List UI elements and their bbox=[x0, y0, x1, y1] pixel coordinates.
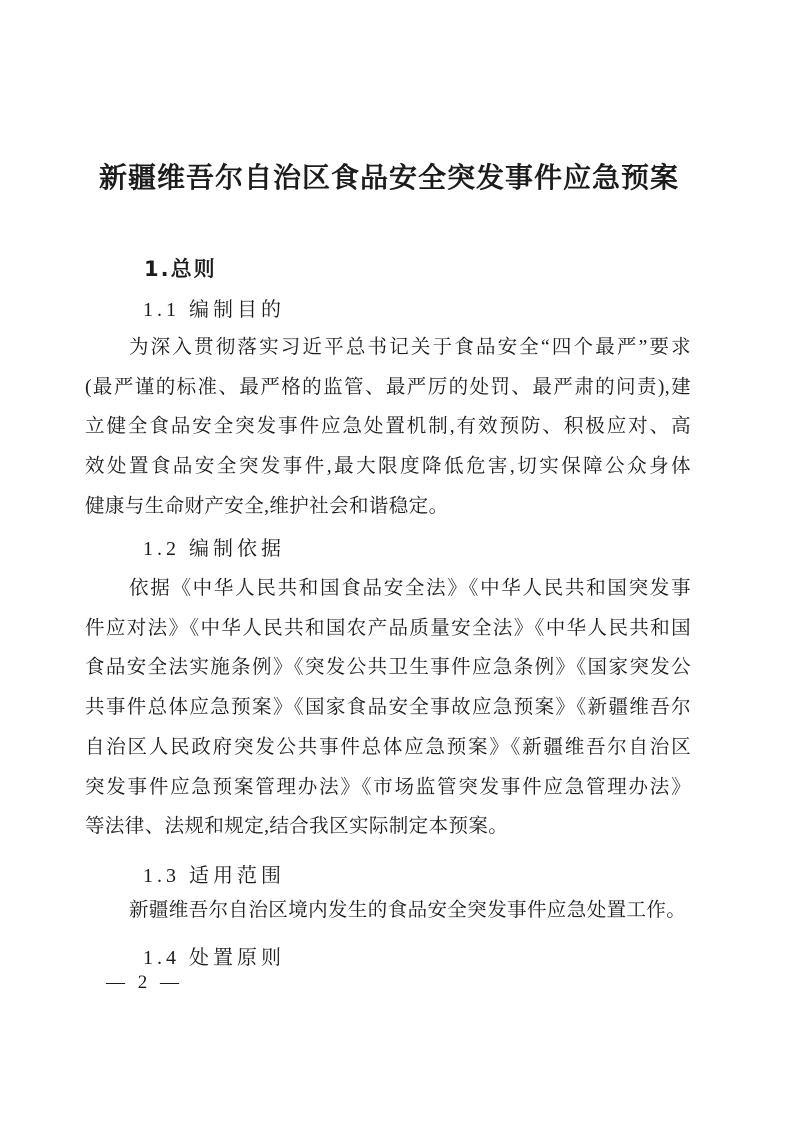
paragraph-line: 依据《中华人民共和国食品安全法》《中华人民共和国突发事 bbox=[85, 569, 691, 609]
document-title: 新疆维吾尔自治区食品安全突发事件应急预案 bbox=[85, 158, 693, 200]
section-heading-general: 1.总则 bbox=[85, 256, 693, 283]
subsection-heading-basis: 1.2 编制依据 bbox=[85, 536, 693, 563]
paragraph-line: 效处置食品安全突发事件,最大限度降低危害,切实保障公众身体 bbox=[85, 447, 691, 487]
paragraph-line: 件应对法》《中华人民共和国农产品质量安全法》《中华人民共和国 bbox=[85, 609, 691, 649]
subsection-heading-purpose: 1.1 编制目的 bbox=[85, 297, 693, 324]
subsection-heading-principles: 1.4 处置原则 bbox=[85, 945, 693, 972]
paragraph-scope: 新疆维吾尔自治区境内发生的食品安全突发事件应急处置工作。 bbox=[85, 891, 691, 931]
paragraph-line: 新疆维吾尔自治区境内发生的食品安全突发事件应急处置工作。 bbox=[85, 891, 691, 931]
paragraph-line: 自治区人民政府突发公共事件总体应急预案》《新疆维吾尔自治区 bbox=[85, 728, 691, 768]
paragraph-line: 等法律、法规和规定,结合我区实际制定本预案。 bbox=[85, 807, 691, 847]
paragraph-line: 健康与生命财产安全,维护社会和谐稳定。 bbox=[85, 487, 691, 527]
paragraph-line: 立健全食品安全突发事件应急处置机制,有效预防、积极应对、高 bbox=[85, 407, 691, 447]
paragraph-line: 共事件总体应急预案》《国家食品安全事故应急预案》《新疆维吾尔 bbox=[85, 688, 691, 728]
paragraph-line: 为深入贯彻落实习近平总书记关于食品安全“四个最严”要求 bbox=[85, 328, 691, 368]
page-number: — 2 — bbox=[106, 970, 183, 996]
paragraph-line: 食品安全法实施条例》《突发公共卫生事件应急条例》《国家突发公 bbox=[85, 648, 691, 688]
paragraph-purpose: 为深入贯彻落实习近平总书记关于食品安全“四个最严”要求(最严谨的标准、最严格的监… bbox=[85, 328, 691, 527]
subsection-heading-scope: 1.3 适用范围 bbox=[85, 863, 693, 890]
paragraph-line: (最严谨的标准、最严格的监管、最严厉的处罚、最严肃的问责),建 bbox=[85, 368, 691, 408]
paragraph-line: 突发事件应急预案管理办法》《市场监管突发事件应急管理办法》 bbox=[85, 768, 691, 808]
paragraph-basis: 依据《中华人民共和国食品安全法》《中华人民共和国突发事件应对法》《中华人民共和国… bbox=[85, 569, 691, 847]
document-page: 新疆维吾尔自治区食品安全突发事件应急预案 1.总则 1.1 编制目的 为深入贯彻… bbox=[0, 0, 793, 1122]
